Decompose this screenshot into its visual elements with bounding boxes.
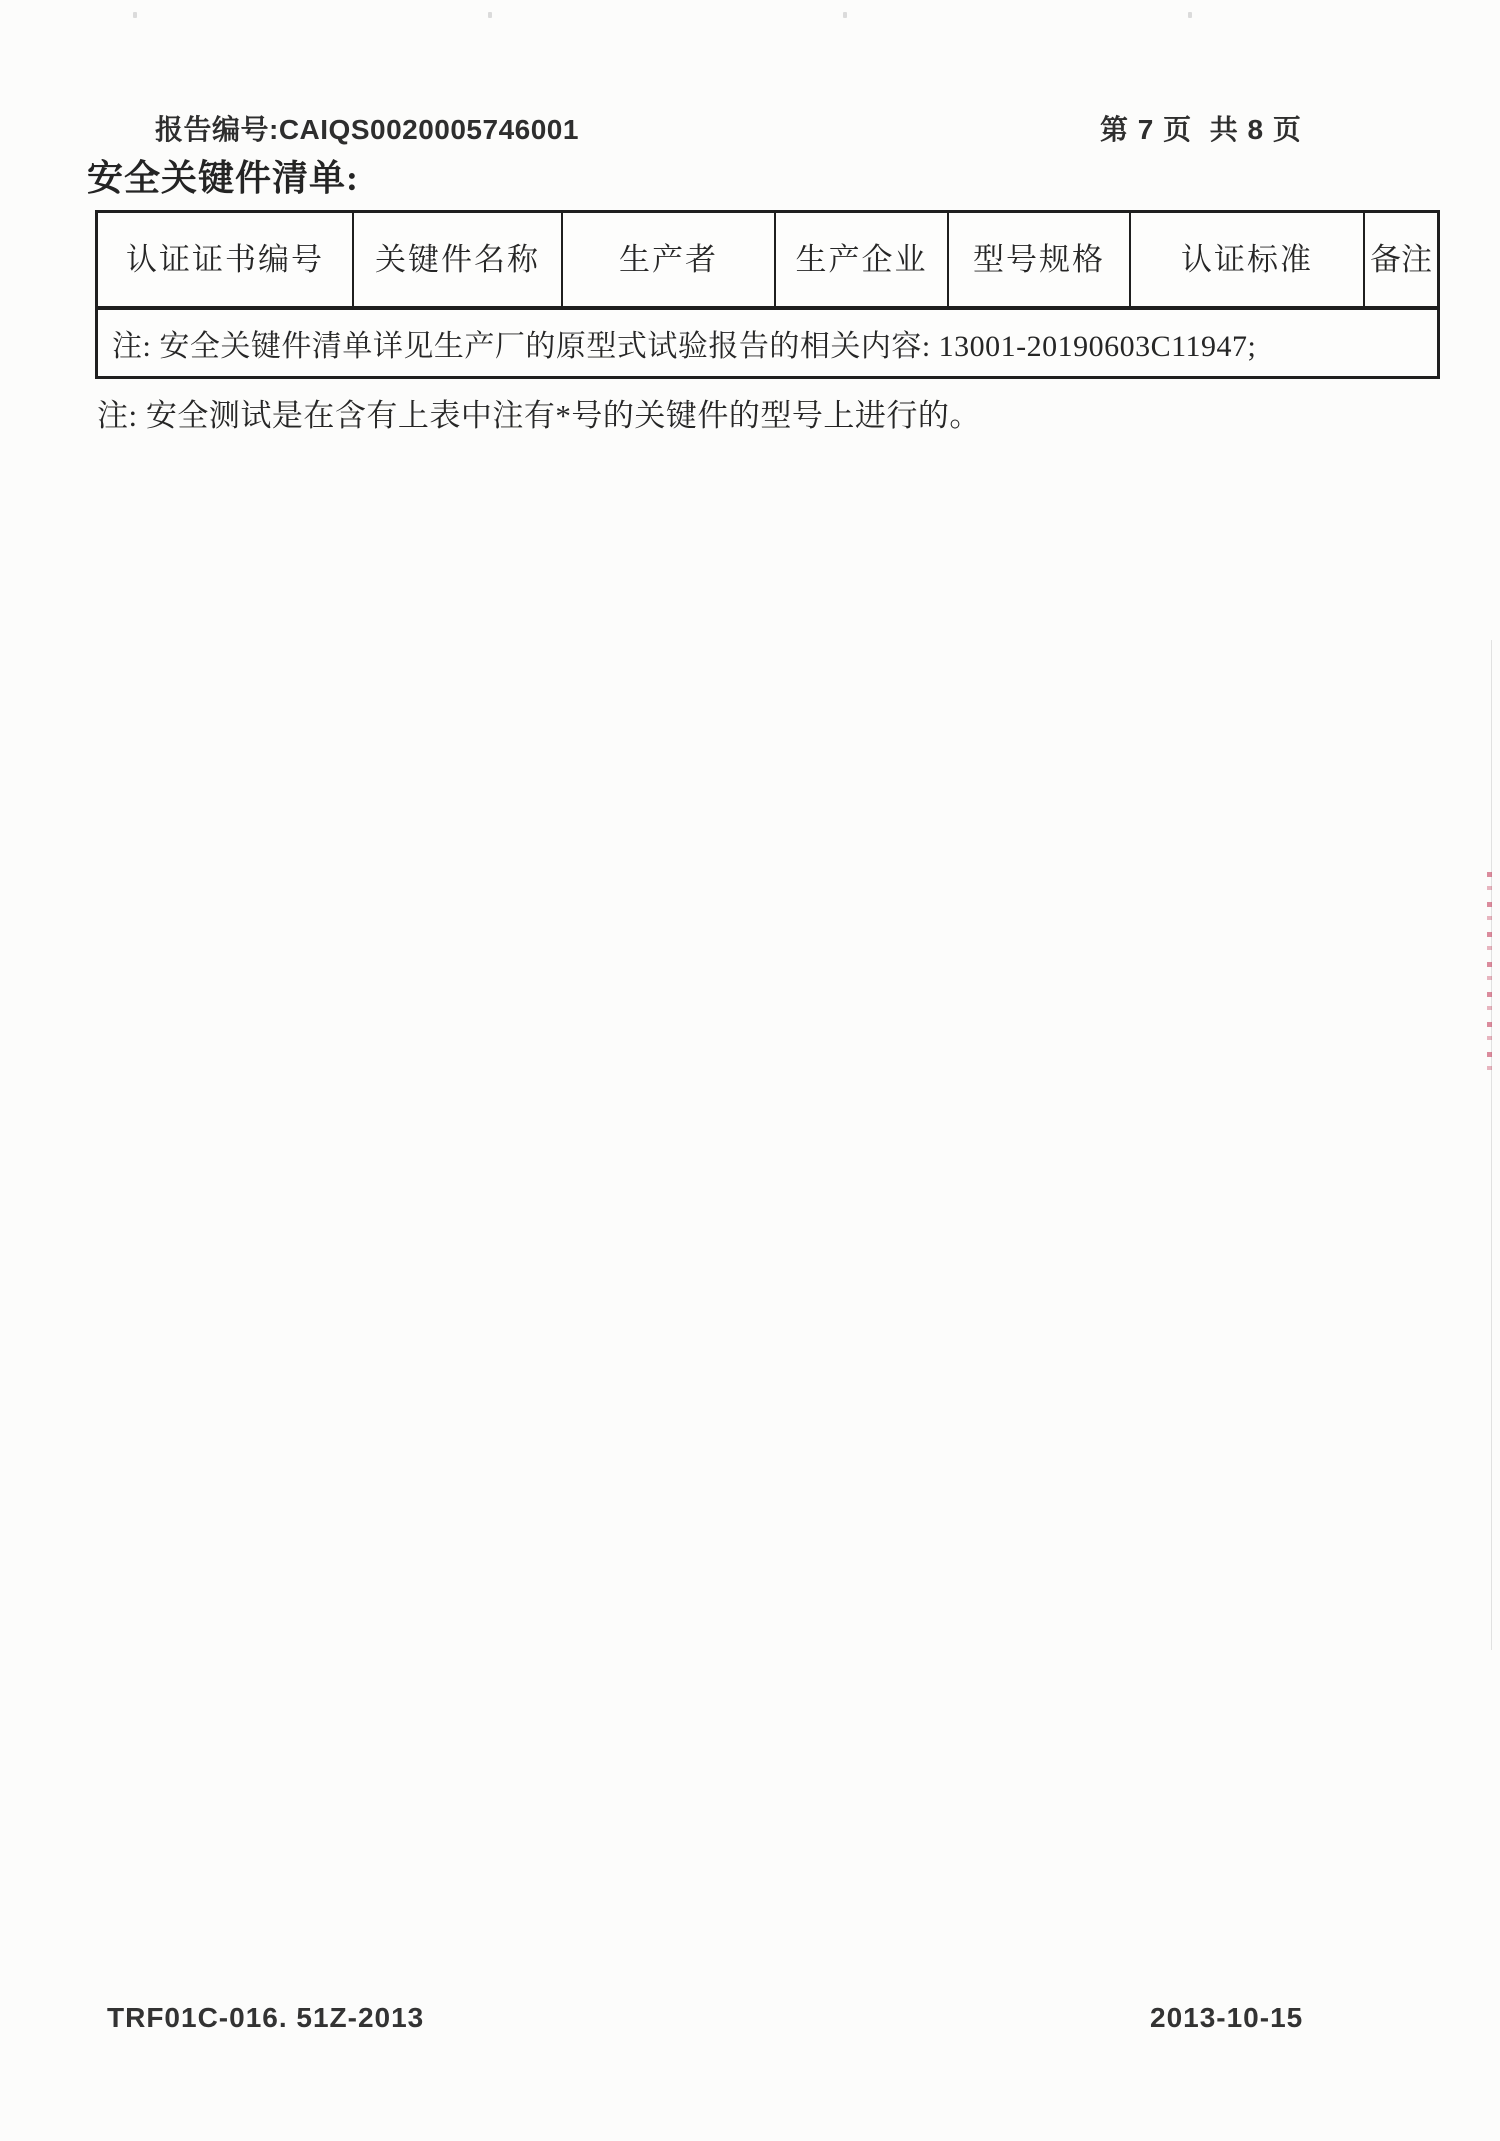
scan-speck [133, 12, 137, 18]
column-header-model-spec: 型号规格 [949, 213, 1131, 306]
critical-components-table: 认证证书编号 关键件名称 生产者 生产企业 型号规格 认证标准 备注 注: 安全… [95, 210, 1440, 379]
scan-speck [1188, 12, 1192, 18]
column-header-component-name: 关键件名称 [354, 213, 563, 306]
column-header-producer: 生产者 [563, 213, 776, 306]
table-header-row: 认证证书编号 关键件名称 生产者 生产企业 型号规格 认证标准 备注 [98, 213, 1437, 306]
scan-speck [488, 12, 492, 18]
table-note-row: 注: 安全关键件清单详见生产厂的原型式试验报告的相关内容: 13001-2019… [98, 306, 1437, 376]
footer-date: 2013-10-15 [1150, 2002, 1303, 2034]
column-header-remark: 备注 [1365, 213, 1437, 306]
column-header-cert-standard: 认证标准 [1131, 213, 1365, 306]
report-number: 报告编号:CAIQS0020005746001 [155, 108, 579, 148]
scan-speck [843, 12, 847, 18]
page-indicator: 第 7 页 共 8 页 [1100, 108, 1302, 148]
column-header-manufacturer: 生产企业 [776, 213, 949, 306]
footer-form-number: TRF01C-016. 51Z-2013 [107, 2002, 424, 2034]
scan-edge-line [1491, 640, 1492, 1650]
red-edge-marks [1487, 872, 1492, 1077]
column-header-cert-number: 认证证书编号 [98, 213, 354, 306]
note-below-table: 注: 安全测试是在含有上表中注有*号的关键件的型号上进行的。 [97, 390, 981, 435]
document-page: 报告编号:CAIQS0020005746001 第 7 页 共 8 页 安全关键… [0, 0, 1500, 2141]
section-title: 安全关键件清单: [87, 150, 359, 201]
